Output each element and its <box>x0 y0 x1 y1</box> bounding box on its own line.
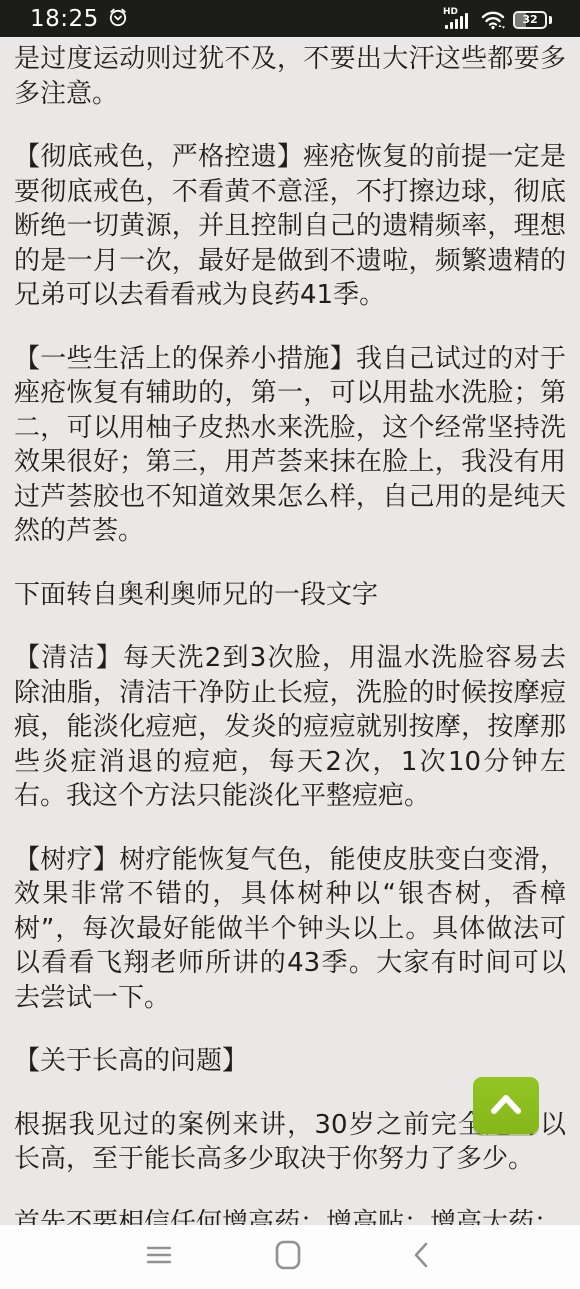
scroll-to-top-button[interactable] <box>473 1077 539 1134</box>
phone-screen: 18:25 HD <box>0 0 580 1289</box>
chevron-up-icon <box>484 1089 528 1122</box>
home-button[interactable] <box>275 1240 301 1274</box>
status-bar-left: 18:25 <box>30 6 129 32</box>
alarm-icon <box>107 6 129 32</box>
back-button[interactable] <box>413 1242 429 1272</box>
paragraph-care-measures: 【一些生活上的保养小措施】我自己试过的对于痤疮恢复有辅助的，第一，可以用盐水洗脸… <box>14 342 566 549</box>
android-nav-bar <box>0 1225 580 1289</box>
status-bar: 18:25 HD <box>0 0 580 38</box>
heading-height-question: 【关于长高的问题】 <box>14 1044 566 1079</box>
battery-percent: 32 <box>522 13 537 26</box>
cell-signal-icon: HD <box>443 6 473 32</box>
paragraph-jiese-kongyi: 【彻底戒色，严格控遗】痤疮恢复的前提一定是要彻底戒色，不看黄不意淫，不打擦边球，… <box>14 140 566 313</box>
battery-nub <box>549 16 552 24</box>
paragraph-cleaning: 【清洁】每天洗2到3次脸，用温水洗脸容易去除油脂，清洁干净防止长痘，洗脸的时候按… <box>14 641 566 814</box>
rounded-square-icon <box>275 1255 301 1274</box>
paragraph-exercise-note: 是过度运动则过犹不及，不要出大汗这些都要多多注意。 <box>14 42 566 111</box>
paragraph-quote-intro: 下面转自奥利奥师兄的一段文字 <box>14 578 566 613</box>
article-content[interactable]: 是过度运动则过犹不及，不要出大汗这些都要多多注意。 【彻底戒色，严格控遗】痤疮恢… <box>0 38 580 1225</box>
signal-bars-icon <box>445 13 468 29</box>
battery-icon: 32 <box>513 11 547 29</box>
paragraph-height-warning-clipped: 首先不要相信任何增高药；增高贴；增高大药； <box>14 1206 566 1226</box>
hamburger-icon <box>146 1251 172 1270</box>
chevron-left-icon <box>413 1253 429 1272</box>
paragraph-tree-therapy: 【树疗】树疗能恢复气色，能使皮肤变白变滑，效果非常不错的，具体树种以“银杏树，香… <box>14 843 566 1016</box>
wifi-icon <box>480 6 506 32</box>
status-bar-right: HD 32 <box>443 6 552 32</box>
clock-time: 18:25 <box>30 6 99 32</box>
menu-button[interactable] <box>146 1244 172 1270</box>
